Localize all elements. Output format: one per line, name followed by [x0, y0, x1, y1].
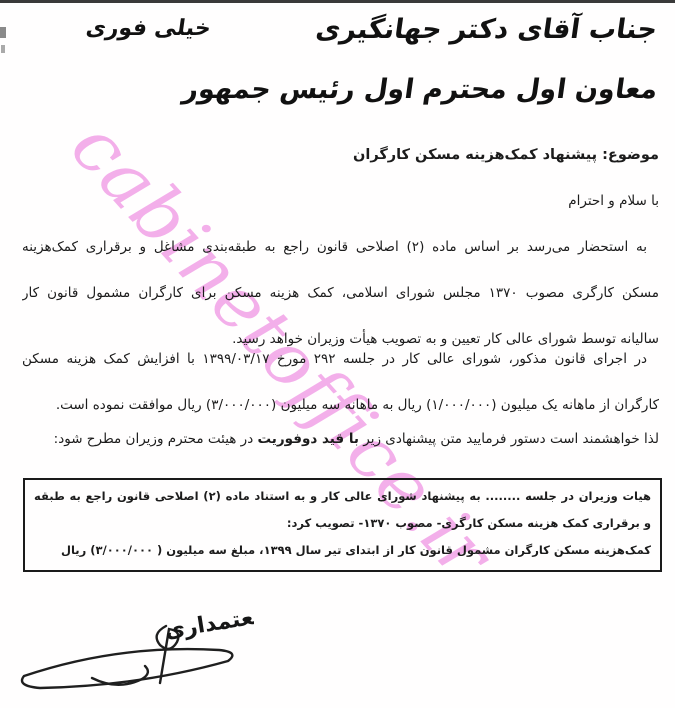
salutation-line: با سلام و احترام — [568, 193, 659, 209]
letter-page: cabinetoffice.ir خیلی فوری جناب آقای دکت… — [0, 0, 675, 708]
request-text-pre: لذا خواهشمند است دستور فرمایید متن پیشنه… — [359, 431, 659, 447]
urgency-note: خیلی فوری — [84, 16, 212, 41]
request-line: لذا خواهشمند است دستور فرمایید متن پیشنه… — [22, 424, 659, 454]
scan-artifact — [1, 45, 5, 53]
addressee-line: جناب آقای دکتر جهانگیری — [314, 14, 659, 45]
resolution-line-1: هیات وزیران در جلسه ........ به پیشنهاد … — [34, 483, 651, 510]
scan-artifact — [0, 27, 6, 38]
draft-resolution-box: هیات وزیران در جلسه ........ به پیشنهاد … — [23, 478, 662, 572]
subject-line: موضوع: پیشنهاد کمک‌هزینه مسکن کارگران — [353, 147, 659, 163]
paragraph-2-line-1: در اجرای قانون مذکور، شورای عالی کار در … — [22, 336, 659, 382]
resolution-line-3: کمک‌هزینه مسکن کارگران مشمول قانون کار ا… — [34, 537, 651, 564]
resolution-line-2: و برقراری کمک هزینه مسکن کارگری- مصوب ۱۳… — [34, 510, 651, 537]
paragraph-1-line-2: مسکن کارگری مصوب ۱۳۷۰ مجلس شورای اسلامی،… — [22, 270, 659, 316]
signature: محمدشریعتمداری — [14, 610, 254, 705]
addressee-title-line: معاون اول محترم اول رئیس جمهور — [180, 74, 659, 105]
request-text-bold: با قید دوفوریت — [258, 431, 359, 447]
scan-top-edge — [0, 0, 675, 3]
paragraph-2: در اجرای قانون مذکور، شورای عالی کار در … — [22, 336, 659, 428]
request-text-post: در هیئت محترم وزیران مطرح شود: — [54, 431, 258, 447]
paragraph-2-line-2: کارگران از ماهانه یک میلیون (۱/۰۰۰/۰۰۰) … — [22, 382, 659, 428]
paragraph-1-line-1: به استحضار می‌رسد بر اساس ماده (۲) اصلاح… — [22, 224, 659, 270]
signature-name: محمدشریعتمداری — [163, 610, 254, 644]
